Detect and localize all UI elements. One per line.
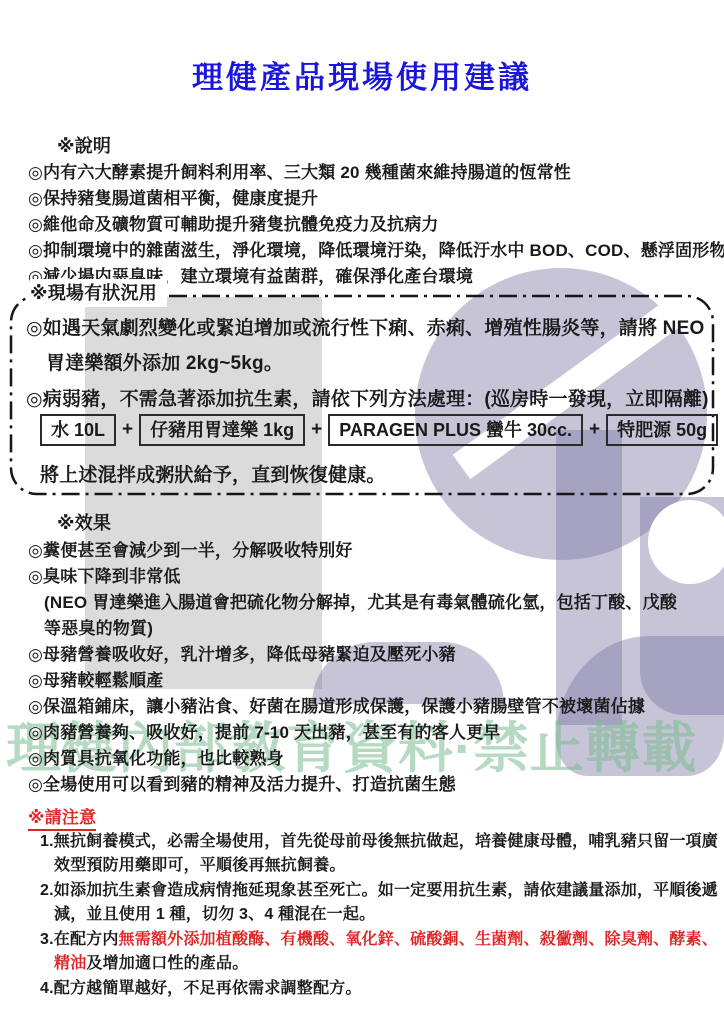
onsite-paragraph-line: ◎病弱豬，不需急著添加抗生素，請依下列方法處理：(巡房時一發現，立即隔離) — [26, 384, 709, 411]
notice-item-red-text: 精油 — [54, 955, 86, 972]
recipe-box-paragen: PARAGEN PLUS 蠻牛 30cc. — [328, 414, 583, 446]
explain-heading: ※說明 — [57, 132, 111, 158]
notice-item: 3.在配方内無需額外添加植酸酶、有機酸、氧化鋅、硫酸銅、生菌劑、殺黴劑、除臭劑、… — [40, 926, 718, 949]
onsite-paragraph-line: ◎如遇天氣劇烈變化或緊迫增加或流行性下痢、赤痢、增殖性腸炎等，請將 NEO — [26, 313, 704, 340]
notice-item-black-text: 及增加適口性的產品。 — [86, 955, 248, 972]
effects-item: ◎母豬營養吸收好，乳汁增多，降低母豬緊迫及壓死小豬 — [28, 640, 456, 665]
plus-sign: + — [311, 419, 322, 441]
effects-item: ◎全場使用可以看到豬的精神及活力提升、打造抗菌生態 — [28, 770, 456, 795]
notice-item-black-text: 3.在配方内 — [40, 931, 119, 948]
onsite-closing-line: 將上述混拌成粥狀給予，直到恢復健康。 — [40, 460, 386, 487]
notice-item: 1.無抗飼養模式，必需全場使用，首先從母前母後無抗做起，培養健康母體，哺乳豬只留… — [40, 828, 718, 851]
recipe-box-water: 水 10L — [40, 414, 116, 446]
page-title: 理健產品現場使用建議 — [0, 52, 724, 97]
recipe-box-weidale: 仔豬用胃達樂 1kg — [139, 414, 305, 446]
effects-item: ◎臭味下降到非常低 — [28, 562, 181, 587]
notice-item-red-text: 無需額外添加植酸酶、有機酸、氧化鋅、硫酸銅、生菌劑、殺黴劑、除臭劑、酵素、 — [119, 931, 718, 948]
effects-item: ◎保溫箱鋪床，讓小豬沾食、好菌在腸道形成保護，保護小豬腸壁管不被壞菌佔據 — [28, 692, 645, 717]
plus-sign: + — [122, 419, 133, 441]
recipe-row: 水 10L + 仔豬用胃達樂 1kg + PARAGEN PLUS 蠻牛 30c… — [40, 414, 718, 446]
explain-item: ◎抑制環境中的雜菌滋生，淨化環境，降低環境汙染，降低汙水中 BOD、COD、懸浮… — [28, 236, 724, 261]
explain-item: ◎維他命及礦物質可輔助提升豬隻抗體免疫力及抗病力 — [28, 210, 439, 235]
notice-item: 減，並且使用 1 種，切勿 3、4 種混在一起。 — [54, 901, 375, 924]
notice-item: 4.配方越簡單越好，不足再依需求調整配方。 — [40, 975, 362, 998]
notice-item: 2.如添加抗生素會造成病情拖延現象甚至死亡。如一定要用抗生素，請依建議量添加，平… — [40, 877, 718, 900]
effects-item: ◎母豬較輕鬆順產 — [28, 666, 163, 691]
onsite-paragraph-line: 胃達樂額外添加 2kg~5kg。 — [46, 348, 283, 375]
onsite-heading: ※現場有狀況用 — [30, 279, 167, 307]
recipe-box-tefeiyuan: 特肥源 50g — [606, 414, 718, 446]
effects-heading: ※效果 — [57, 509, 111, 535]
document-page: 理健內部教育資料·禁止轉載 理健產品現場使用建議 ※說明 ◎内有六大酵素提升飼料… — [0, 0, 724, 1024]
effects-item: 等惡臭的物質) — [44, 614, 153, 639]
notice-item: 精油及增加適口性的產品。 — [54, 950, 248, 973]
plus-sign: + — [589, 419, 600, 441]
explain-item: ◎保持豬隻腸道菌相平衡，健康度提升 — [28, 184, 318, 209]
effects-item: ◎肉質具抗氧化功能，也比較熟身 — [28, 744, 284, 769]
notice-heading: ※請注意 — [28, 803, 96, 831]
effects-item: (NEO 胃達樂進入腸道會把硫化物分解掉，尤其是有毒氣體硫化氫，包括丁酸、戊酸 — [44, 588, 677, 613]
effects-item: ◎肉豬營養夠、吸收好，提前 7-10 天出豬，甚至有的客人更早 — [28, 718, 501, 743]
effects-item: ◎糞便甚至會減少到一半，分解吸收特別好 — [28, 536, 353, 561]
notice-item: 效型預防用藥即可，平順後再無抗飼養。 — [54, 852, 346, 875]
logo-circle-cutout — [648, 500, 724, 584]
explain-item: ◎内有六大酵素提升飼料利用率、三大類 20 幾種菌來維持腸道的恆常性 — [28, 158, 571, 183]
